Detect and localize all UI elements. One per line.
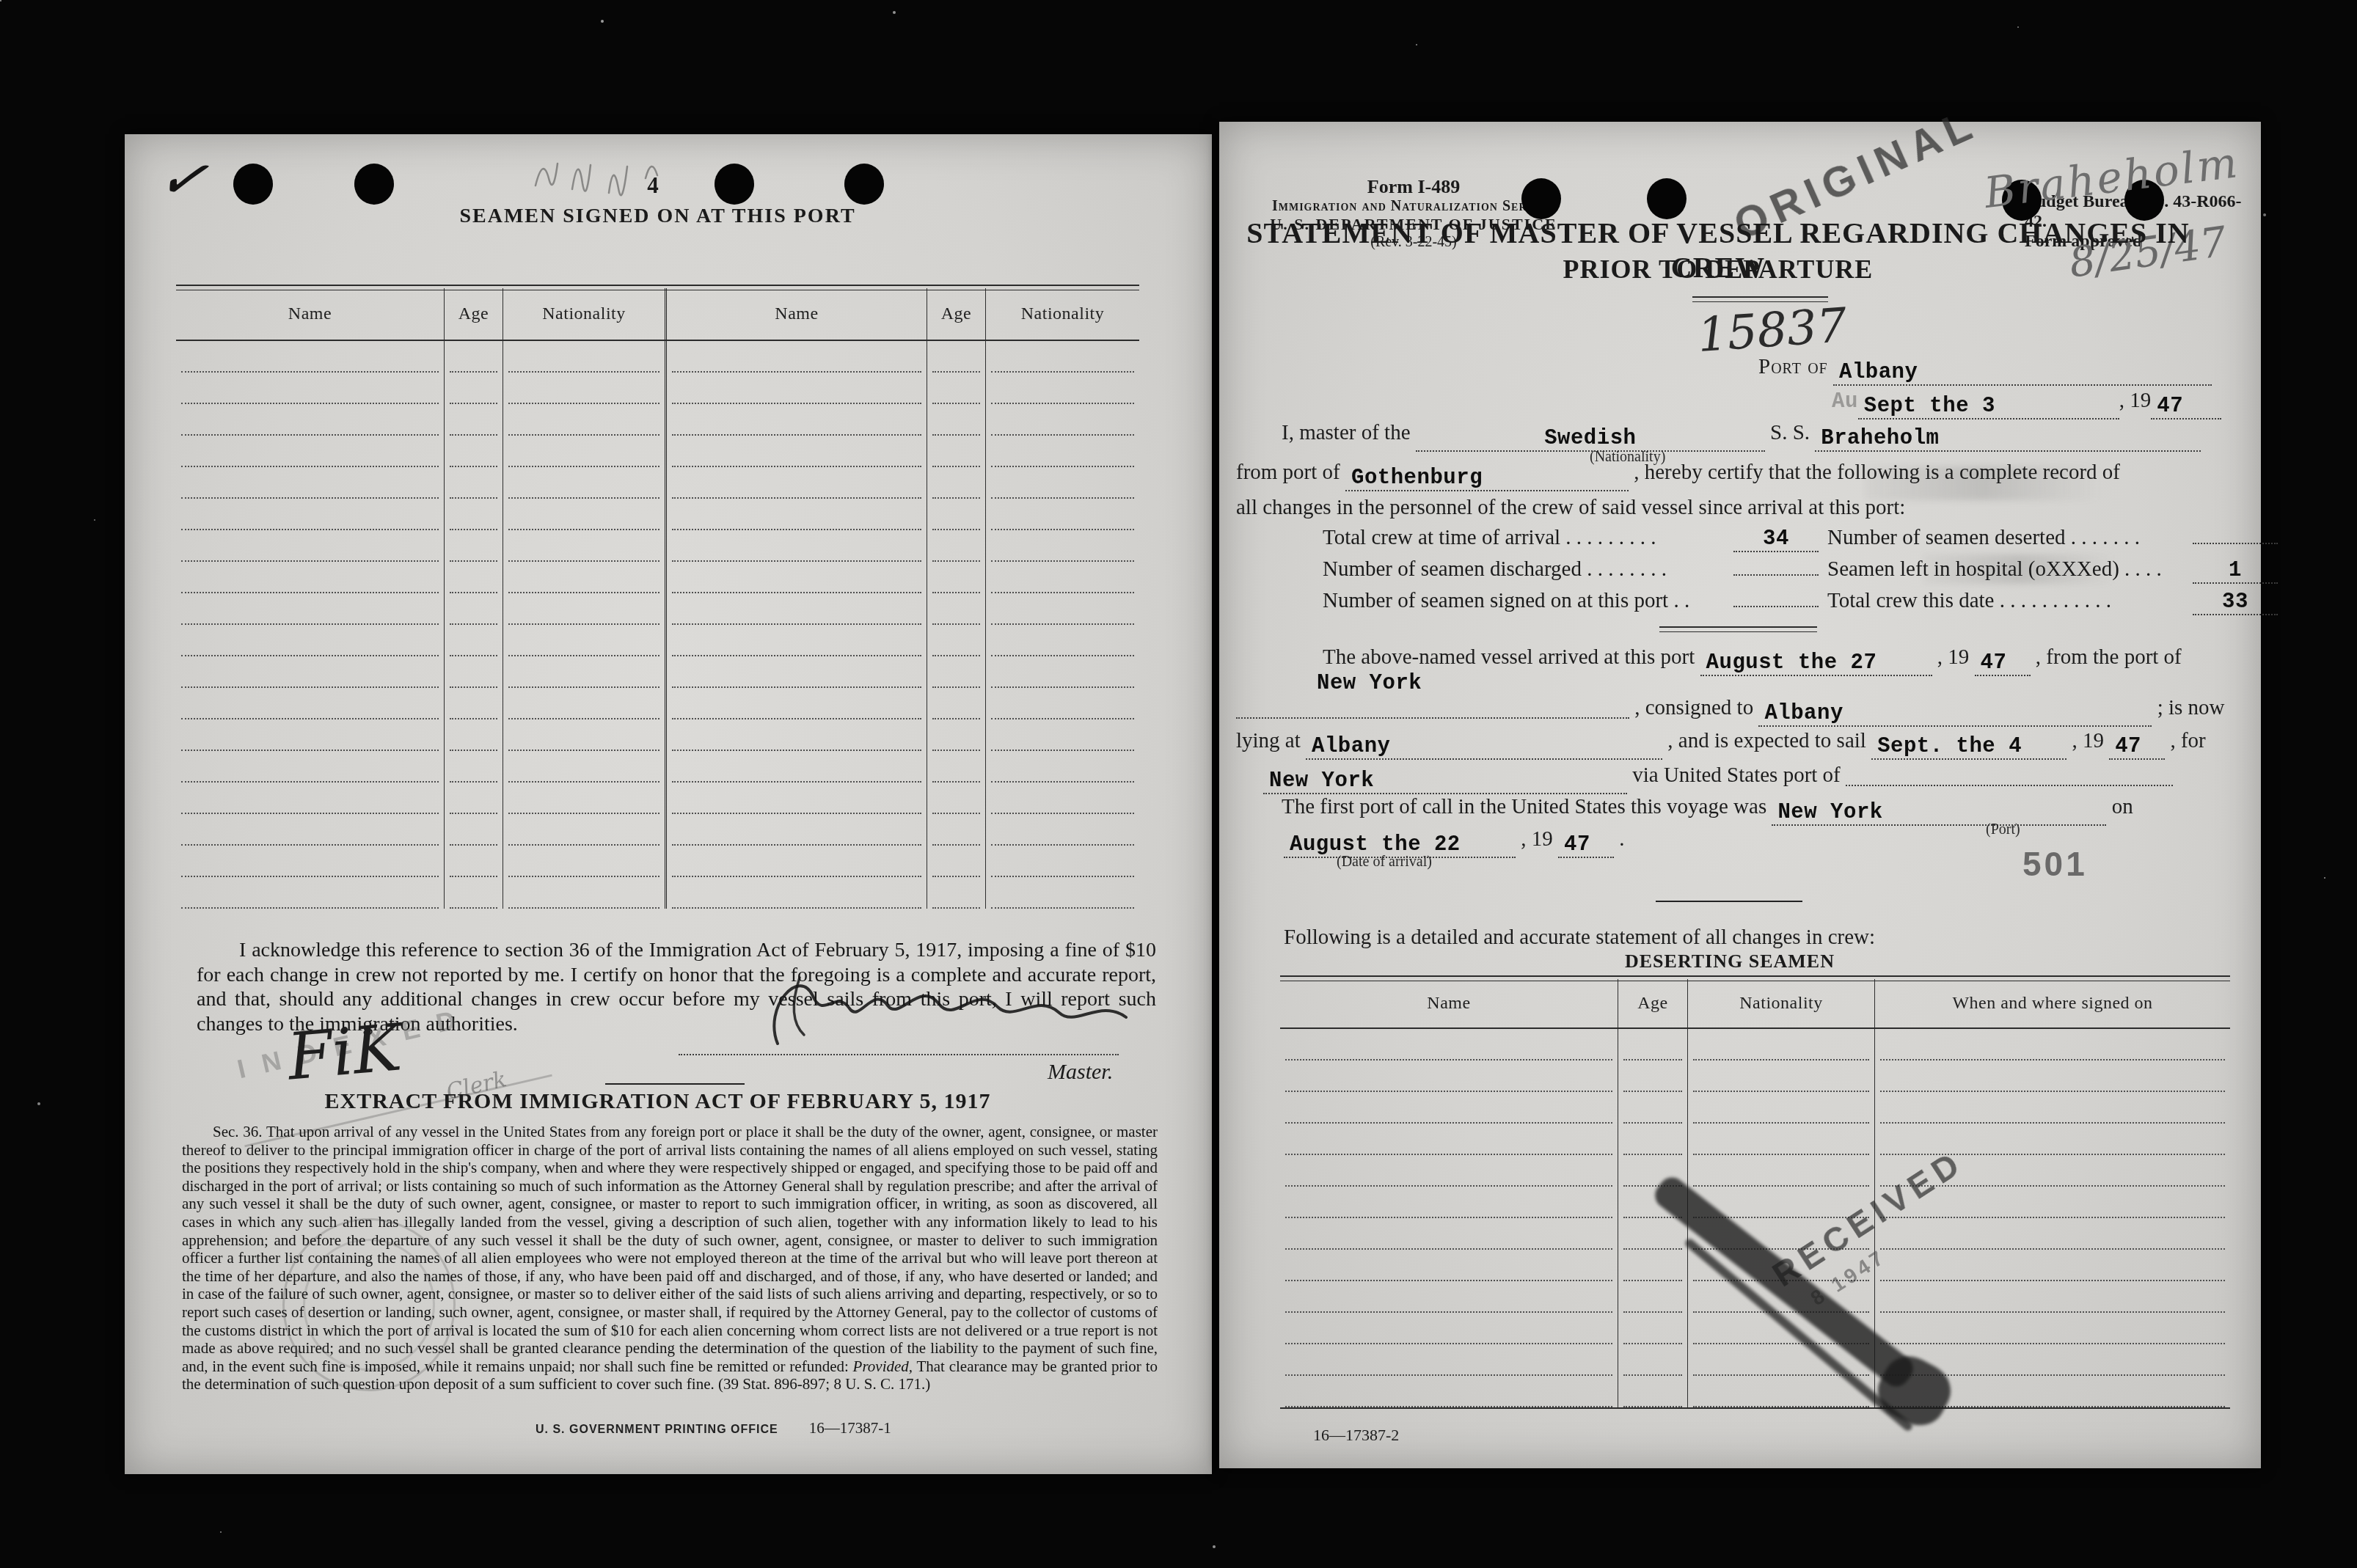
for-text: , for	[2170, 729, 2205, 752]
table-cell	[667, 783, 927, 814]
first-call-field: New York	[1772, 799, 2106, 826]
extract-heading: EXTRACT FROM IMMIGRATION ACT OF FEBRUARY…	[176, 1089, 1139, 1114]
first-call-value: New York	[1777, 800, 1882, 824]
lying-at-field: Albany	[1306, 733, 1662, 760]
table-header-row: Name Age Nationality When and where sign…	[1280, 979, 2230, 1027]
table-cell	[1280, 1344, 1618, 1376]
table-cell	[176, 719, 445, 751]
table-row	[176, 814, 1139, 846]
table-body	[1280, 1029, 2230, 1407]
table-cell	[927, 530, 986, 562]
arrived-date: August the 27	[1706, 651, 1877, 675]
crew-statistics: Total crew at time of arrival . . . . . …	[1323, 521, 2278, 615]
from-port-value: Gothenburg	[1351, 466, 1483, 490]
from-port-label: from port of	[1236, 461, 1340, 484]
plate-number: 16—17387-1	[809, 1419, 891, 1437]
table-cell	[176, 404, 445, 436]
is-now-text: ; is now	[2157, 696, 2225, 719]
table-cell	[503, 404, 667, 436]
table-cell	[1875, 1124, 2230, 1155]
table-row	[1280, 1187, 2230, 1218]
table-cell	[927, 814, 986, 846]
table-cell	[927, 341, 986, 373]
table-cell	[176, 814, 445, 846]
column-header: Name	[1280, 979, 1618, 1027]
table-cell	[667, 688, 927, 719]
table-cell	[445, 846, 503, 877]
table-row	[1280, 1313, 2230, 1344]
year-field: 47	[2109, 733, 2165, 760]
table-cell	[927, 499, 986, 530]
table-cell	[667, 719, 927, 751]
table-cell	[176, 846, 445, 877]
year-value: 47	[2157, 394, 2183, 418]
stat-field	[1733, 584, 1819, 607]
year-value: 47	[1564, 832, 1590, 857]
table-cell	[986, 625, 1139, 656]
table-cell	[1618, 1250, 1688, 1281]
table-cell	[927, 719, 986, 751]
table-cell	[986, 656, 1139, 688]
table-cell	[1618, 1092, 1688, 1124]
stat-value: 33	[2222, 590, 2248, 614]
table-cell	[1280, 1155, 1618, 1187]
stat-label: Number of seamen discharged . . . . . . …	[1323, 557, 1733, 582]
table-cell	[1688, 1029, 1875, 1060]
table-cell	[1280, 1376, 1618, 1407]
table-row	[176, 719, 1139, 751]
stat-field: 1	[2193, 557, 2278, 584]
printing-office-label: U. S. GOVERNMENT PRINTING OFFICE	[536, 1424, 778, 1436]
year-field: 47	[2151, 393, 2221, 420]
plate-number: 16—17387-2	[1313, 1426, 1399, 1445]
year-value: 47	[2115, 734, 2141, 758]
table-row	[176, 373, 1139, 404]
stat-field: 33	[2193, 589, 2278, 615]
following-statement: Following is a detailed and accurate sta…	[1284, 926, 1875, 949]
lying-at-label: lying at	[1236, 729, 1301, 752]
table-cell	[986, 783, 1139, 814]
from-port-field: Gothenburg	[1345, 465, 1629, 491]
master-label: Master.	[1048, 1060, 1113, 1085]
table-cell	[1875, 1060, 2230, 1092]
stat-label: Number of seamen signed on at this port …	[1323, 589, 1733, 613]
table-cell	[1280, 1092, 1618, 1124]
table-row	[176, 499, 1139, 530]
table-cell	[1618, 1060, 1688, 1092]
sail-date-field: Sept. the 4	[1871, 733, 2067, 760]
table-row	[176, 404, 1139, 436]
column-header: Age	[1618, 979, 1688, 1027]
column-header: Nationality	[1688, 979, 1875, 1027]
table-cell	[503, 625, 667, 656]
table-cell	[1280, 1029, 1618, 1060]
signature-line	[679, 1054, 1119, 1055]
destination-value: New York	[1269, 769, 1374, 793]
ss-label: S. S.	[1770, 421, 1810, 444]
table-cell	[176, 467, 445, 499]
table-cell	[667, 530, 927, 562]
scanner-dust	[0, 0, 1, 1]
table-cell	[927, 593, 986, 625]
table-cell	[445, 656, 503, 688]
table-cell	[1688, 1124, 1875, 1155]
table-cell	[176, 373, 445, 404]
table-row	[176, 688, 1139, 719]
nationality-value: Swedish	[1544, 426, 1636, 450]
blank-field	[1236, 695, 1629, 719]
certify-text2: all changes in the personnel of the crew…	[1236, 496, 1905, 519]
table-cell	[986, 814, 1139, 846]
erased-text: Au	[1832, 389, 1858, 414]
section-divider	[1659, 626, 1817, 632]
table-cell	[503, 467, 667, 499]
consigned-field: Albany	[1758, 700, 2152, 727]
table-cell	[503, 846, 667, 877]
page-number: 4	[638, 172, 668, 199]
table-cell	[927, 436, 986, 467]
lying-at-value: Albany	[1312, 734, 1390, 758]
punch-hole	[354, 164, 394, 205]
table-cell	[927, 751, 986, 783]
table-cell	[176, 625, 445, 656]
stat-field	[2193, 521, 2278, 544]
table-cell	[176, 562, 445, 593]
table-row	[176, 530, 1139, 562]
table-cell	[445, 814, 503, 846]
table-cell	[445, 436, 503, 467]
column-header: Name	[176, 288, 445, 340]
table-row	[176, 656, 1139, 688]
table-cell	[986, 846, 1139, 877]
table-cell	[667, 625, 927, 656]
table-row	[176, 751, 1139, 783]
table-cell	[503, 688, 667, 719]
table-cell	[927, 656, 986, 688]
table-cell	[986, 499, 1139, 530]
table-cell	[667, 373, 927, 404]
sail-label: , and is expected to sail	[1667, 729, 1866, 752]
column-header: Name	[667, 288, 927, 340]
table-cell	[986, 562, 1139, 593]
table-cell	[1688, 1155, 1875, 1187]
table-cell	[986, 341, 1139, 373]
form-title-line2: PRIOR TO DEPARTURE	[1219, 254, 2217, 285]
via-label: via United States port of	[1632, 763, 1841, 787]
table-cell	[986, 467, 1139, 499]
table-cell	[927, 467, 986, 499]
stat-label: Total crew this date . . . . . . . . . .…	[1827, 589, 2193, 613]
table-cell	[176, 499, 445, 530]
punch-hole	[1647, 178, 1687, 219]
table-cell	[667, 341, 927, 373]
date-of-arrival-caption: (Date of arrival)	[1337, 854, 1432, 871]
table-cell	[1875, 1281, 2230, 1313]
year-preprint: , 19	[1521, 827, 1553, 851]
table-cell	[503, 499, 667, 530]
year-field: 47	[1975, 650, 2031, 676]
table-row	[176, 341, 1139, 373]
table-cell	[986, 373, 1139, 404]
table-cell	[667, 562, 927, 593]
table-row	[176, 467, 1139, 499]
year-field: 47	[1558, 832, 1614, 858]
table-cell	[1688, 1092, 1875, 1124]
punch-hole	[233, 164, 273, 205]
table-cell	[503, 562, 667, 593]
table-cell	[503, 751, 667, 783]
table-cell	[176, 593, 445, 625]
table-row	[1280, 1376, 2230, 1407]
port-field: Albany	[1833, 359, 2212, 386]
column-header: When and where signed on	[1875, 979, 2230, 1027]
table-cell	[445, 404, 503, 436]
table-cell	[927, 783, 986, 814]
table-cell	[1875, 1313, 2230, 1344]
extract-provided: Provided,	[853, 1358, 913, 1375]
date-value: Sept the 3	[1864, 394, 1995, 418]
year-value: 47	[1981, 651, 2007, 675]
sail-date: Sept. the 4	[1877, 734, 2022, 758]
table-cell	[176, 877, 445, 909]
table-cell	[503, 530, 667, 562]
nationality-field: Swedish	[1416, 425, 1765, 452]
consigned-label: , consigned to	[1634, 696, 1753, 719]
table-cell	[667, 593, 927, 625]
table-cell	[1280, 1218, 1618, 1250]
table-cell	[927, 562, 986, 593]
punch-hole	[844, 164, 884, 205]
faint-circular-stamp-inner	[303, 1239, 435, 1371]
table-cell	[986, 530, 1139, 562]
table-row	[176, 877, 1139, 909]
table-cell	[667, 814, 927, 846]
table-cell	[667, 436, 927, 467]
table-row	[1280, 1124, 2230, 1155]
table-cell	[176, 341, 445, 373]
table-cell	[176, 751, 445, 783]
table-cell	[445, 499, 503, 530]
table-cell	[503, 341, 667, 373]
table-cell	[176, 436, 445, 467]
column-header: Nationality	[986, 288, 1139, 340]
table-cell	[1280, 1060, 1618, 1092]
table-cell	[667, 499, 927, 530]
table-cell	[986, 719, 1139, 751]
table-cell	[1618, 1344, 1688, 1376]
certify-text: , hereby certify that the following is a…	[1634, 461, 2120, 484]
table-row	[1280, 1155, 2230, 1187]
column-header: Age	[445, 288, 503, 340]
table-cell	[445, 373, 503, 404]
destination-field: New York	[1263, 768, 1627, 794]
table-cell	[986, 593, 1139, 625]
arrived-label: The above-named vessel arrived at this p…	[1323, 645, 1695, 669]
table-row	[176, 625, 1139, 656]
table-cell	[445, 719, 503, 751]
table-cell	[1875, 1250, 2230, 1281]
numbering-stamp: 501	[2022, 844, 2088, 884]
table-cell	[667, 467, 927, 499]
stat-value: 1	[2229, 558, 2242, 582]
form-page-right: Form I-489 Immigration and Naturalizatio…	[1219, 122, 2261, 1468]
punch-hole	[1521, 178, 1561, 219]
printing-office-footer: U. S. GOVERNMENT PRINTING OFFICE 16—1738…	[536, 1419, 891, 1437]
table-cell	[927, 373, 986, 404]
table-cell	[503, 719, 667, 751]
via-field	[1846, 763, 2173, 786]
table-cell	[503, 877, 667, 909]
table-row	[176, 783, 1139, 814]
on-text: on	[2112, 795, 2133, 818]
stat-label: Number of seamen deserted . . . . . . .	[1827, 526, 2193, 550]
table-row	[176, 436, 1139, 467]
punch-hole	[715, 164, 754, 205]
table-cell	[986, 404, 1139, 436]
table-cell	[1875, 1092, 2230, 1124]
table-cell	[445, 625, 503, 656]
left-page-title: SEAMEN SIGNED ON AT THIS PORT	[176, 205, 1139, 228]
table-cell	[927, 846, 986, 877]
table-cell	[503, 814, 667, 846]
table-cell	[1618, 1218, 1688, 1250]
stat-field: 34	[1733, 526, 1819, 552]
consigned-value: Albany	[1764, 701, 1843, 725]
table-cell	[1280, 1313, 1618, 1344]
table-cell	[445, 530, 503, 562]
table-cell	[927, 404, 986, 436]
table-cell	[667, 656, 927, 688]
table-cell	[1280, 1124, 1618, 1155]
table-cell	[176, 530, 445, 562]
table-cell	[503, 593, 667, 625]
table-cell	[667, 404, 927, 436]
form-page-left: ✓ 4 SEAMEN SIGNED ON AT THIS PORT Name A…	[125, 134, 1212, 1474]
table-cell	[503, 373, 667, 404]
table-row	[176, 562, 1139, 593]
table-cell	[176, 656, 445, 688]
table-cell	[503, 436, 667, 467]
table-cell	[986, 436, 1139, 467]
stat-label: Seamen left in hospital (oXXXed) . . . .	[1827, 557, 2193, 582]
period: .	[1619, 827, 1624, 851]
table-cell	[445, 341, 503, 373]
table-cell	[1280, 1187, 1618, 1218]
master-intro-label: I, master of the	[1282, 421, 1411, 444]
table-cell	[1280, 1250, 1618, 1281]
column-header: Age	[927, 288, 986, 340]
table-row	[1280, 1060, 2230, 1092]
fik-handwriting: FiK	[285, 1009, 404, 1094]
arrived-date-field: August the 27	[1700, 650, 1932, 676]
table-cell	[667, 751, 927, 783]
table-cell	[445, 688, 503, 719]
table-cell	[176, 688, 445, 719]
table-cell	[667, 846, 927, 877]
table-cell	[445, 562, 503, 593]
year-preprint: , 19	[2072, 729, 2104, 752]
table-cell	[1618, 1313, 1688, 1344]
column-header: Nationality	[503, 288, 667, 340]
vessel-field: Braheholm	[1815, 425, 2201, 452]
table-cell	[176, 783, 445, 814]
table-row	[1280, 1029, 2230, 1060]
table-cell	[1875, 1029, 2230, 1060]
deserting-seamen-table: Name Age Nationality When and where sign…	[1280, 975, 2230, 1409]
table-row	[176, 846, 1139, 877]
short-rule	[605, 1083, 745, 1085]
table-cell	[1618, 1281, 1688, 1313]
table-cell	[503, 783, 667, 814]
seamen-signed-on-table: Name Age Nationality Name Age Nationalit…	[176, 285, 1139, 909]
arrival-port-value: New York	[1317, 671, 1422, 695]
table-cell	[445, 593, 503, 625]
table-cell	[1688, 1060, 1875, 1092]
table-row	[1280, 1092, 2230, 1124]
year-preprint: , 19	[2119, 389, 2152, 412]
table-cell	[927, 877, 986, 909]
table-cell	[1875, 1218, 2230, 1250]
table-cell	[986, 877, 1139, 909]
stat-value: 34	[1763, 527, 1789, 551]
deserting-seamen-heading: DESERTING SEAMEN	[1625, 950, 1835, 972]
from-port-text: , from the port of	[2036, 645, 2182, 669]
table-cell	[445, 751, 503, 783]
port-caption: (Port)	[1986, 821, 2020, 838]
vessel-value: Braheholm	[1821, 426, 1939, 450]
table-row	[176, 593, 1139, 625]
stat-field	[1733, 552, 1819, 576]
table-cell	[445, 877, 503, 909]
table-cell	[1618, 1124, 1688, 1155]
file-number: 15837	[1696, 298, 1849, 363]
table-cell	[1280, 1281, 1618, 1313]
table-cell	[986, 751, 1139, 783]
table-body	[176, 341, 1139, 909]
table-cell	[1618, 1376, 1688, 1407]
table-cell	[503, 656, 667, 688]
port-of-label: Port of	[1758, 355, 1828, 378]
table-cell	[667, 877, 927, 909]
year-preprint: , 19	[1937, 645, 1970, 669]
stat-label: Total crew at time of arrival . . . . . …	[1323, 526, 1733, 550]
master-signature	[756, 956, 1137, 1058]
table-cell	[445, 467, 503, 499]
table-cell	[927, 688, 986, 719]
table-cell	[986, 688, 1139, 719]
first-call-label: The first port of call in the United Sta…	[1282, 795, 1766, 818]
table-row	[1280, 1344, 2230, 1376]
section-divider	[1656, 901, 1802, 902]
date-field: Sept the 3	[1858, 393, 2119, 420]
port-value: Albany	[1839, 360, 1918, 384]
table-cell	[445, 783, 503, 814]
table-cell	[1618, 1029, 1688, 1060]
table-header-row: Name Age Nationality Name Age Nationalit…	[176, 288, 1139, 340]
table-cell	[927, 625, 986, 656]
